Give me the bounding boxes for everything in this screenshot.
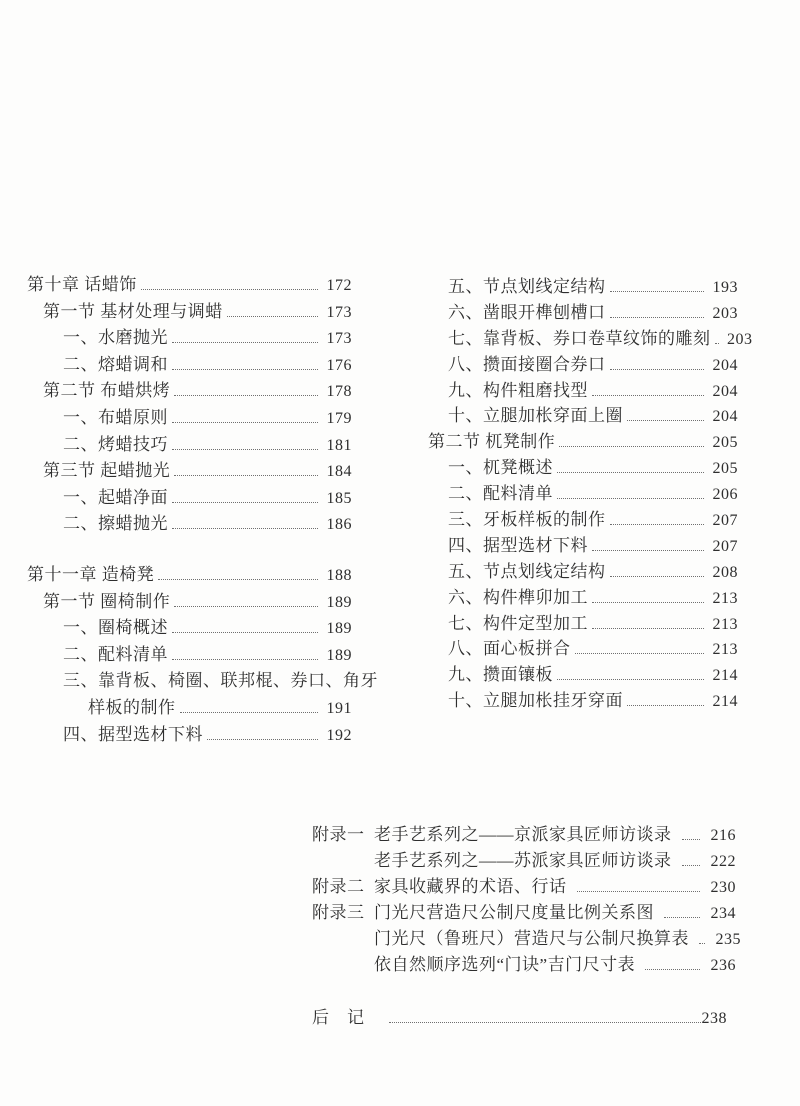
toc-entry-page: 173 xyxy=(324,330,352,348)
appendix-entry: 依自然顺序选列“门诀”吉门尺寸表 236 xyxy=(312,952,736,978)
dot-leader xyxy=(172,502,318,503)
appendix-label: 附录一 xyxy=(312,822,374,848)
toc-entry-page: 189 xyxy=(324,620,352,638)
toc-entry-title: 二、配料清单 xyxy=(63,642,168,669)
toc-entry: 二、烤蜡技巧 181 xyxy=(27,432,352,459)
toc-entry-title: 第一节 基材处理与调蜡 xyxy=(43,299,223,326)
toc-entry-page: 184 xyxy=(324,463,352,481)
dot-leader xyxy=(592,395,704,396)
appendix-label: 附录二 xyxy=(312,874,374,900)
toc-entry-page: 189 xyxy=(324,594,352,612)
dot-leader xyxy=(592,602,704,603)
toc-entry-page: 213 xyxy=(710,616,738,634)
dot-leader xyxy=(557,472,704,473)
toc-entry-title: 四、据型选材下料 xyxy=(448,533,588,559)
toc-entry-title: 第三节 起蜡抛光 xyxy=(43,458,170,485)
toc-entry-title: 九、攒面镶板 xyxy=(448,662,553,688)
toc-entry-page: 181 xyxy=(324,437,352,455)
toc-entry-title: 二、配料清单 xyxy=(448,481,553,507)
toc-entry-page: 204 xyxy=(710,383,738,401)
dot-leader xyxy=(389,1022,701,1023)
toc-entry-title: 二、擦蜡抛光 xyxy=(63,511,168,538)
toc-entry: 五、节点划线定结构 193 xyxy=(412,274,738,300)
toc-entry-page: 206 xyxy=(710,486,738,504)
toc-entry: 四、据型选材下料 207 xyxy=(412,533,738,559)
toc-entry: 九、攒面镶板 214 xyxy=(412,662,738,688)
toc-entry: 第三节 起蜡抛光 184 xyxy=(27,458,352,485)
toc-entry-page: 179 xyxy=(324,410,352,428)
postscript-label: 后 记 xyxy=(312,1005,365,1031)
toc-entry-page: 208 xyxy=(710,564,738,582)
toc-entry-title: 十、立腿加枨穿面上圈 xyxy=(448,403,623,429)
toc-entry: 十、立腿加枨穿面上圈 204 xyxy=(412,403,738,429)
toc-entry-title: 七、构件定型加工 xyxy=(448,611,588,637)
toc-entry-page: 185 xyxy=(324,490,352,508)
appendix-entry: 附录二 家具收藏界的术语、行话 230 xyxy=(312,874,736,900)
toc-entry-title: 五、节点划线定结构 xyxy=(448,274,606,300)
appendix-title: 门光尺营造尺公制尺度量比例关系图 xyxy=(374,900,654,926)
toc-entry-title: 第十一章 造椅凳 xyxy=(27,562,154,589)
toc-entry-page: 205 xyxy=(710,460,738,478)
dot-leader xyxy=(699,943,705,944)
appendix-title: 依自然顺序选列“门诀”吉门尺寸表 xyxy=(374,952,635,978)
dot-leader xyxy=(715,343,719,344)
dot-leader xyxy=(207,739,318,740)
toc-entry: 二、擦蜡抛光 186 xyxy=(27,511,352,538)
toc-entry: 样板的制作 191 xyxy=(27,695,352,722)
dot-leader xyxy=(592,550,704,551)
toc-entry-page: 203 xyxy=(710,305,738,323)
dot-leader xyxy=(172,632,318,633)
toc-entry: 第二节 杌凳制作 205 xyxy=(412,429,738,455)
toc-entry-page: 191 xyxy=(324,700,352,718)
toc-entry: 一、起蜡净面 185 xyxy=(27,485,352,512)
toc-entry: 十、立腿加枨挂牙穿面 214 xyxy=(412,688,738,714)
toc-entry-title: 三、靠背板、椅圈、联邦棍、券口、角牙 xyxy=(63,668,378,695)
toc-entry-page: 186 xyxy=(324,516,352,534)
toc-entry-page: 188 xyxy=(324,567,352,585)
toc-entry-page: 213 xyxy=(710,590,738,608)
appendix-title: 家具收藏界的术语、行话 xyxy=(374,874,567,900)
toc-entry-title: 一、圈椅概述 xyxy=(63,615,168,642)
toc-right-column: 五、节点划线定结构 193 六、凿眼开榫刨槽口 203 七、靠背板、券口卷草纹饰… xyxy=(412,274,738,714)
dot-leader xyxy=(664,917,700,918)
toc-entry: 七、构件定型加工 213 xyxy=(412,611,738,637)
dot-leader xyxy=(610,369,705,370)
appendix-page: 216 xyxy=(708,827,736,845)
toc-entry-title: 第十章 话蜡饰 xyxy=(27,272,137,299)
dot-leader xyxy=(172,528,318,529)
toc-entry-page: 193 xyxy=(710,279,738,297)
dot-leader xyxy=(682,839,701,840)
dot-leader xyxy=(610,317,705,318)
dot-leader xyxy=(592,628,704,629)
toc-entry-title: 样板的制作 xyxy=(88,695,176,722)
toc-entry-page: 204 xyxy=(710,357,738,375)
toc-entry-title: 第二节 杌凳制作 xyxy=(428,429,555,455)
toc-entry: 五、节点划线定结构 208 xyxy=(412,559,738,585)
toc-entry-page: 207 xyxy=(710,538,738,556)
toc-entry-page: 207 xyxy=(710,512,738,530)
toc-entry: 第十章 话蜡饰 172 xyxy=(27,272,352,299)
toc-entry-page: 189 xyxy=(324,647,352,665)
dot-leader xyxy=(627,705,704,706)
dot-leader xyxy=(682,865,701,866)
toc-entry-title: 六、凿眼开榫刨槽口 xyxy=(448,300,606,326)
toc-entry: 六、构件榫卯加工 213 xyxy=(412,585,738,611)
appendix-entry: 门光尺（鲁班尺）营造尺与公制尺换算表 235 xyxy=(312,926,736,952)
toc-entry-title: 一、起蜡净面 xyxy=(63,485,168,512)
dot-leader xyxy=(557,498,704,499)
toc-entry-title: 一、杌凳概述 xyxy=(448,455,553,481)
appendix-page: 230 xyxy=(708,879,736,897)
appendix-page: 222 xyxy=(708,853,736,871)
postscript-entry: 后 记 238 xyxy=(312,1005,727,1031)
toc-entry-page: 214 xyxy=(710,667,738,685)
dot-leader xyxy=(172,449,318,450)
toc-entry-page: 192 xyxy=(324,727,352,745)
toc-entry-page: 204 xyxy=(710,408,738,426)
toc-entry: 三、靠背板、椅圈、联邦棍、券口、角牙 xyxy=(27,668,352,695)
dot-leader xyxy=(141,289,318,290)
toc-entry-title: 第一节 圈椅制作 xyxy=(43,589,170,616)
toc-entry: 第一节 基材处理与调蜡 173 xyxy=(27,299,352,326)
appendix-entry: 附录三 门光尺营造尺公制尺度量比例关系图 234 xyxy=(312,900,736,926)
toc-entry-page: 176 xyxy=(324,357,352,375)
appendix-entry: 老手艺系列之——苏派家具匠师访谈录 222 xyxy=(312,848,736,874)
postscript-page: 238 xyxy=(702,1010,728,1028)
toc-entry-title: 二、烤蜡技巧 xyxy=(63,432,168,459)
toc-left-column: 第十章 话蜡饰 172 第一节 基材处理与调蜡 173 一、水磨抛光 173 二… xyxy=(27,272,352,748)
toc-entry-page: 213 xyxy=(710,641,738,659)
toc-entry: 八、面心板拼合 213 xyxy=(412,636,738,662)
toc-entry: 第二节 布蜡烘烤 178 xyxy=(27,378,352,405)
appendix-section: 附录一 老手艺系列之——京派家具匠师访谈录 216 老手艺系列之——苏派家具匠师… xyxy=(312,822,736,978)
toc-entry: 二、熔蜡调和 176 xyxy=(27,352,352,379)
dot-leader xyxy=(158,579,318,580)
appendix-entry: 附录一 老手艺系列之——京派家具匠师访谈录 216 xyxy=(312,822,736,848)
toc-entry-title: 四、据型选材下料 xyxy=(63,722,203,749)
dot-leader xyxy=(174,395,318,396)
toc-entry: 七、靠背板、券口卷草纹饰的雕刻 203 xyxy=(412,326,738,352)
dot-leader xyxy=(577,891,701,892)
dot-leader xyxy=(559,446,704,447)
toc-entry: 一、圈椅概述 189 xyxy=(27,615,352,642)
dot-leader xyxy=(180,712,319,713)
toc-entry: 二、配料清单 206 xyxy=(412,481,738,507)
toc-entry-title: 十、立腿加枨挂牙穿面 xyxy=(448,688,623,714)
appendix-title: 老手艺系列之——苏派家具匠师访谈录 xyxy=(374,848,672,874)
toc-entry: 一、布蜡原则 179 xyxy=(27,405,352,432)
toc-entry-title: 六、构件榫卯加工 xyxy=(448,585,588,611)
dot-leader xyxy=(575,653,705,654)
toc-entry-title: 一、水磨抛光 xyxy=(63,325,168,352)
appendix-page: 236 xyxy=(708,957,736,975)
dot-leader xyxy=(172,422,318,423)
toc-entry: 二、配料清单 189 xyxy=(27,642,352,669)
dot-leader xyxy=(174,606,318,607)
toc-entry-title: 七、靠背板、券口卷草纹饰的雕刻 xyxy=(448,326,711,352)
dot-leader xyxy=(174,475,318,476)
dot-leader xyxy=(610,291,705,292)
dot-leader xyxy=(172,369,318,370)
toc-entry-page: 178 xyxy=(324,383,352,401)
dot-leader xyxy=(610,524,705,525)
toc-entry: 六、凿眼开榫刨槽口 203 xyxy=(412,300,738,326)
toc-entry: 第一节 圈椅制作 189 xyxy=(27,589,352,616)
dot-leader xyxy=(227,316,318,317)
appendix-page: 234 xyxy=(708,905,736,923)
toc-entry-title: 第二节 布蜡烘烤 xyxy=(43,378,170,405)
toc-entry-page: 205 xyxy=(710,434,738,452)
dot-leader xyxy=(645,969,700,970)
toc-entry-title: 一、布蜡原则 xyxy=(63,405,168,432)
toc-entry: 四、据型选材下料 192 xyxy=(27,722,352,749)
appendix-title: 老手艺系列之——京派家具匠师访谈录 xyxy=(374,822,672,848)
toc-entry: 一、杌凳概述 205 xyxy=(412,455,738,481)
toc-entry-page: 203 xyxy=(725,331,753,349)
toc-entry-title: 八、面心板拼合 xyxy=(448,636,571,662)
toc-entry-title: 九、构件粗磨找型 xyxy=(448,378,588,404)
dot-leader xyxy=(610,576,705,577)
toc-entry: 第十一章 造椅凳 188 xyxy=(27,562,352,589)
appendix-title: 门光尺（鲁班尺）营造尺与公制尺换算表 xyxy=(374,926,689,952)
toc-entry: 九、构件粗磨找型 204 xyxy=(412,378,738,404)
toc-entry-page: 214 xyxy=(710,693,738,711)
toc-entry-title: 二、熔蜡调和 xyxy=(63,352,168,379)
dot-leader xyxy=(627,420,704,421)
toc-entry-page: 172 xyxy=(324,277,352,295)
toc-entry-title: 八、攒面接圈合券口 xyxy=(448,352,606,378)
toc-page: { "colors": { "paper": "#fdfdfc", "text"… xyxy=(0,0,800,1106)
toc-entry-page: 173 xyxy=(324,304,352,322)
dot-leader xyxy=(557,679,704,680)
dot-leader xyxy=(172,659,318,660)
toc-entry-title: 五、节点划线定结构 xyxy=(448,559,606,585)
toc-entry: 八、攒面接圈合券口 204 xyxy=(412,352,738,378)
toc-entry: 三、牙板样板的制作 207 xyxy=(412,507,738,533)
appendix-page: 235 xyxy=(713,931,741,949)
toc-entry-title: 三、牙板样板的制作 xyxy=(448,507,606,533)
appendix-label: 附录三 xyxy=(312,900,374,926)
dot-leader xyxy=(172,342,318,343)
toc-entry: 一、水磨抛光 173 xyxy=(27,325,352,352)
